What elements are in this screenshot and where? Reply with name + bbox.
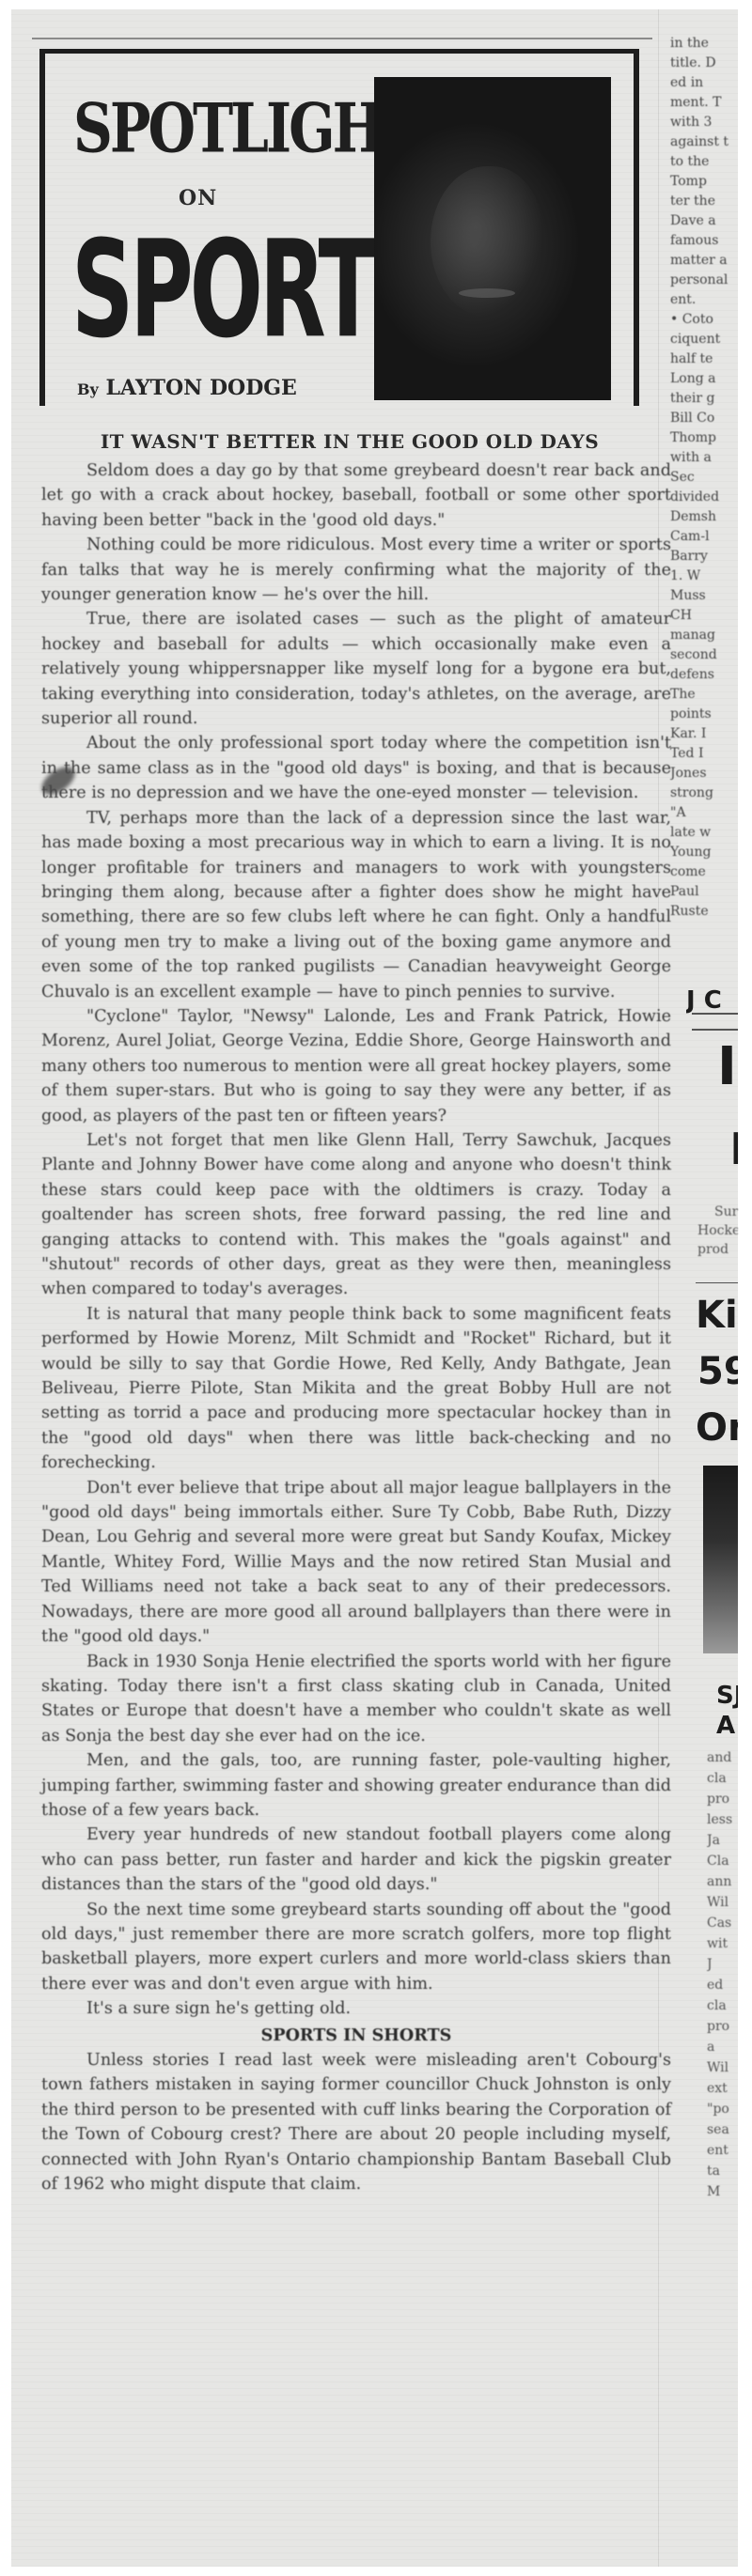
adjacent-text-line: second	[670, 645, 738, 665]
adjacent-text-line: in the	[670, 34, 738, 54]
adjacent-text-line: strong	[670, 784, 738, 803]
adjacent-text-line: famous	[670, 231, 738, 251]
adjacent-text-line: Wil	[707, 2057, 738, 2078]
article-body: Seldom does a day go by that some greybe…	[41, 458, 671, 2196]
adjacent-text-line: manag	[670, 626, 738, 645]
adjacent-text-line: J	[707, 1954, 738, 1975]
adjacent-text-line: matter a	[670, 251, 738, 271]
photo-smile-highlight	[459, 288, 515, 298]
adjacent-text-fragment: Hocke	[697, 1221, 738, 1240]
top-rule-divider	[32, 38, 652, 39]
adjacent-text-line: personal	[670, 271, 738, 290]
byline-name: LAYTON DODGE	[106, 376, 297, 400]
adjacent-column-text-top: in thetitle. Ded inment. Twith 3against …	[670, 34, 738, 922]
adjacent-text-line: Long a	[670, 369, 738, 389]
adjacent-header-fragment: J C	[686, 986, 722, 1015]
adjacent-caption-fragment: A	[716, 1712, 738, 1741]
adjacent-text-line: with a	[670, 448, 738, 468]
article-paragraph: Nothing could be more ridiculous. Most e…	[41, 533, 671, 607]
adjacent-text-line: Cla	[707, 1851, 738, 1871]
adjacent-text-line: The	[670, 685, 738, 705]
adjacent-text-line: Demsh	[670, 507, 738, 527]
adjacent-headline-line: 59	[697, 1353, 738, 1390]
adjacent-rule	[696, 1282, 738, 1283]
adjacent-text-line: Bill Co	[670, 409, 738, 428]
adjacent-text-line: divided	[670, 488, 738, 507]
adjacent-text-line: ter the	[670, 192, 738, 211]
adjacent-text-line: Paul	[670, 882, 738, 902]
adjacent-text-line: "A	[670, 803, 738, 823]
adjacent-text-fragment: prod	[697, 1240, 738, 1259]
adjacent-text-line: Ted I	[670, 744, 738, 764]
adjacent-text-line: ent.	[670, 290, 738, 310]
adjacent-text-line: defens	[670, 665, 738, 685]
adjacent-text-line: "po	[707, 2099, 738, 2119]
adjacent-rule	[692, 1029, 738, 1031]
adjacent-text-line: and	[707, 1747, 738, 1768]
adjacent-text-line: Young	[670, 843, 738, 862]
article-paragraph: It's a sure sign he's getting old.	[41, 1996, 671, 2021]
adjacent-text-line: less	[707, 1809, 738, 1830]
adjacent-text-line: • Coto	[670, 310, 738, 330]
adjacent-big-letter: I	[717, 1041, 737, 1094]
adjacent-text-line: Kar. I	[670, 724, 738, 744]
article-paragraph: Don't ever believe that tripe about all …	[41, 1476, 671, 1650]
shorts-paragraph: Unless stories I read last week were mis…	[41, 2048, 671, 2196]
byline-prefix: By	[77, 380, 99, 398]
adjacent-text-fragment: Sur	[714, 1203, 738, 1221]
adjacent-text-line: Jones	[670, 764, 738, 784]
adjacent-text-line: 1. W	[670, 566, 738, 586]
article-headline: IT WASN'T BETTER IN THE GOOD OLD DAYS	[58, 430, 641, 453]
column-title-spotlight: SPOTLIGHT	[73, 94, 419, 163]
adjacent-text-line: pro	[707, 2016, 738, 2037]
adjacent-text-line: ext	[707, 2078, 738, 2099]
adjacent-text-line: ed in	[670, 73, 738, 93]
adjacent-text-line: Cas	[707, 1913, 738, 1933]
adjacent-text-line: Barry	[670, 547, 738, 566]
adjacent-text-line: cla	[707, 1995, 738, 2016]
article-paragraph: It is natural that many people think bac…	[41, 1302, 671, 1476]
adjacent-text-line: Muss	[670, 586, 738, 606]
adjacent-text-line: pro	[707, 1789, 738, 1809]
adjacent-text-line: late w	[670, 823, 738, 843]
adjacent-text-line: Thomp	[670, 428, 738, 448]
adjacent-text-line: to the	[670, 152, 738, 172]
adjacent-column-text-bottom: andclaprolessJaClaannWilCaswitJedclaproa…	[707, 1747, 738, 2202]
adjacent-text-line: ciquent	[670, 330, 738, 349]
column-title-on: ON	[179, 186, 217, 210]
adjacent-headline-line: Ki	[696, 1296, 738, 1334]
adjacent-text-line: ann	[707, 1871, 738, 1892]
adjacent-big-letter: I	[729, 1127, 743, 1171]
adjacent-text-line: cla	[707, 1768, 738, 1789]
adjacent-text-line: a	[707, 2037, 738, 2057]
adjacent-text-line: Wil	[707, 1892, 738, 1913]
adjacent-photo	[703, 1466, 738, 1653]
article-paragraph: Every year hundreds of new standout foot…	[41, 1823, 671, 1897]
adjacent-text-line: their g	[670, 389, 738, 409]
adjacent-text-line: M	[707, 2181, 738, 2202]
article-paragraph: "Cyclone" Taylor, "Newsy" Lalonde, Les a…	[41, 1004, 671, 1128]
adjacent-text-line: CH	[670, 606, 738, 626]
adjacent-text-line: ment. T	[670, 93, 738, 113]
adjacent-text-line: Ja	[707, 1830, 738, 1851]
adjacent-headline-line: On	[696, 1409, 738, 1447]
adjacent-text-line: Tomp	[670, 172, 738, 192]
article-paragraph: Seldom does a day go by that some greybe…	[41, 458, 671, 533]
article-paragraph: Men, and the gals, too, are running fast…	[41, 1748, 671, 1823]
columnist-photo	[374, 77, 611, 400]
adjacent-caption-fragment: SJ	[716, 1682, 738, 1711]
adjacent-text-line: wit	[707, 1933, 738, 1954]
adjacent-text-line: sea	[707, 2119, 738, 2140]
adjacent-text-line: ent	[707, 2140, 738, 2161]
adjacent-text-line: with 3	[670, 113, 738, 132]
article-paragraph: TV, perhaps more than the lack of a depr…	[41, 806, 671, 1004]
adjacent-text-line: Sec	[670, 468, 738, 488]
article-paragraph: True, there are isolated cases — such as…	[41, 607, 671, 731]
article-paragraph: About the only professional sport today …	[41, 731, 671, 805]
adjacent-text-line: Dave a	[670, 211, 738, 231]
adjacent-text-line: title. D	[670, 54, 738, 73]
adjacent-text-line: half te	[670, 349, 738, 369]
adjacent-text-line: points	[670, 705, 738, 724]
adjacent-text-line: come	[670, 862, 738, 882]
section-subhead: SPORTS IN SHORTS	[41, 2024, 671, 2048]
adjacent-text-line: ed	[707, 1975, 738, 1995]
adjacent-text-line: Cam-l	[670, 527, 738, 547]
article-paragraph: Back in 1930 Sonja Henie electrified the…	[41, 1650, 671, 1749]
article-paragraph: So the next time some greybeard starts s…	[41, 1898, 671, 1997]
article-paragraph: Let's not forget that men like Glenn Hal…	[41, 1128, 671, 1302]
adjacent-text-line: ta	[707, 2161, 738, 2181]
adjacent-text-line: Ruste	[670, 902, 738, 922]
byline: By LAYTON DODGE	[77, 376, 297, 400]
adjacent-text-line: against t	[670, 132, 738, 152]
